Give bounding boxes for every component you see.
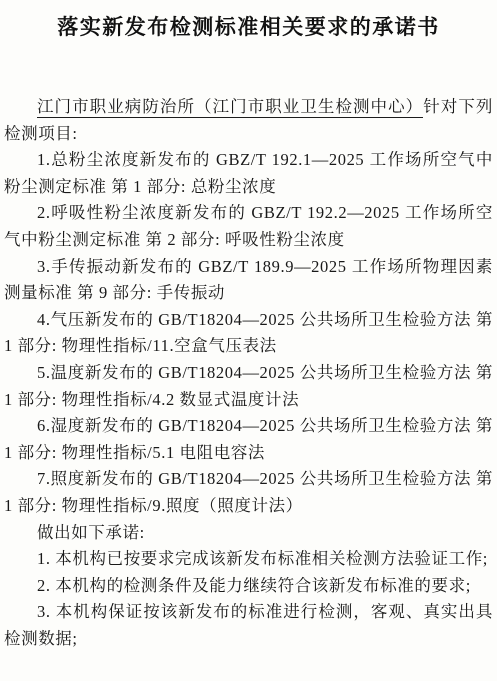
intro-paragraph: 江门市职业病防治所（江门市职业卫生检测中心）针对下列检测项目:	[4, 94, 493, 147]
promise-item: 3. 本机构保证按该新发布的标准进行检测，客观、真实出具检测数据;	[4, 599, 493, 652]
document-page: 落实新发布检测标准相关要求的承诺书 江门市职业病防治所（江门市职业卫生检测中心）…	[0, 0, 497, 681]
promise-heading: 做出如下承诺:	[4, 520, 493, 547]
promise-item: 2. 本机构的检测条件及能力继续符合该新发布标准的要求;	[4, 573, 493, 600]
institution-name-underlined: 江门市职业病防治所（江门市职业卫生检测中心）	[37, 97, 423, 118]
document-body: 江门市职业病防治所（江门市职业卫生检测中心）针对下列检测项目: 1.总粉尘浓度新…	[4, 94, 493, 652]
promise-item: 1. 本机构已按要求完成该新发布标准相关检测方法验证工作;	[4, 546, 493, 573]
list-item: 2.呼吸性粉尘浓度新发布的 GBZ/T 192.2—2025 工作场所空气中粉尘…	[4, 200, 493, 253]
list-item: 4.气压新发布的 GB/T18204—2025 公共场所卫生检验方法 第 1 部…	[4, 307, 493, 360]
list-item: 5.温度新发布的 GB/T18204—2025 公共场所卫生检验方法 第 1 部…	[4, 360, 493, 413]
document-title: 落实新发布检测标准相关要求的承诺书	[4, 13, 493, 41]
list-item: 1.总粉尘浓度新发布的 GBZ/T 192.1—2025 工作场所空气中粉尘测定…	[4, 147, 493, 200]
list-item: 6.湿度新发布的 GB/T18204—2025 公共场所卫生检验方法 第 1 部…	[4, 413, 493, 466]
list-item: 3.手传振动新发布的 GBZ/T 189.9—2025 工作场所物理因素测量标准…	[4, 254, 493, 307]
list-item: 7.照度新发布的 GB/T18204—2025 公共场所卫生检验方法 第 1 部…	[4, 466, 493, 519]
